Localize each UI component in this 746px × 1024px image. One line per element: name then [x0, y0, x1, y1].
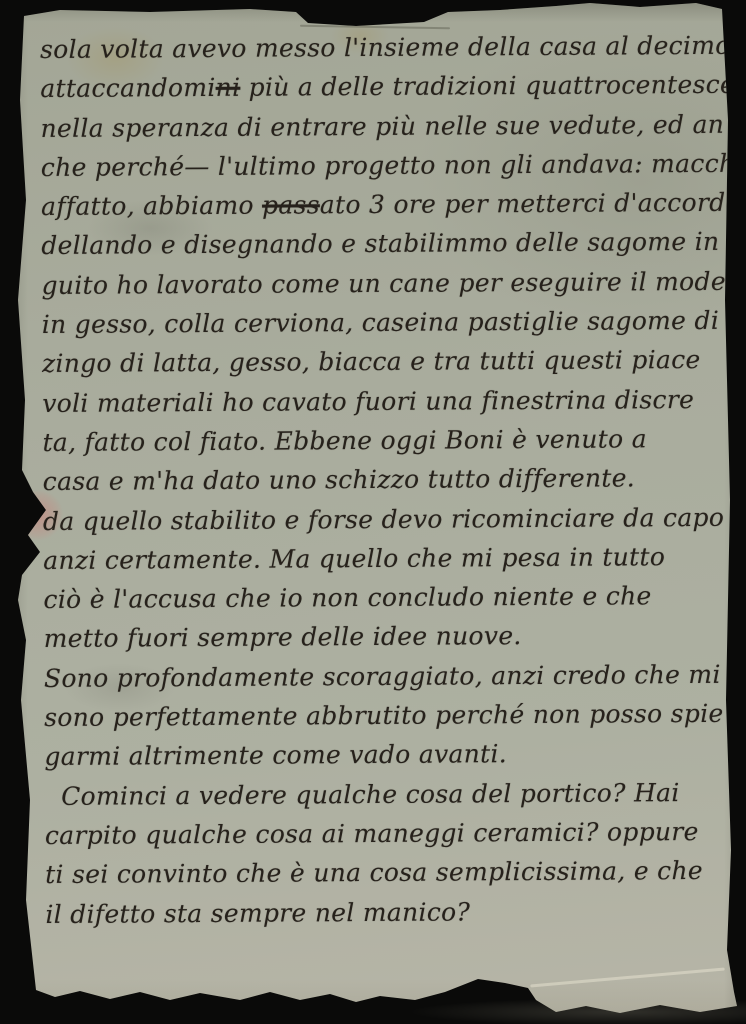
struck-text: ni: [216, 73, 241, 102]
paper-crease-bottom: [530, 968, 725, 988]
letter-line: sola volta avevo messo l'insieme della c…: [40, 26, 730, 70]
letter-text: casa e m'ha dato uno schizzo tutto diffe…: [43, 464, 635, 497]
letter-line: sono perfettamente abbrutito perché non …: [44, 694, 734, 738]
letter-line: ciò è l'accusa che io non concludo nient…: [43, 576, 733, 620]
letter-text: che perché— l'ultimo progetto non gli an…: [41, 149, 746, 182]
letter-text: Sono profondamente scoraggiato, anzi cre…: [44, 660, 721, 693]
letter-line: voli materiali ho cavato fuori una fines…: [42, 379, 732, 423]
letter-text: guito ho lavorato come un cane per esegu…: [41, 266, 746, 299]
letter-line: garmi altrimente come vado avanti.: [44, 733, 734, 777]
letter-line: attaccandomini più a delle tradizioni qu…: [40, 65, 730, 109]
letter-line: metto fuori sempre delle idee nuove.: [44, 615, 734, 659]
letter-lines: sola volta avevo messo l'insieme della c…: [40, 26, 736, 934]
letter-text: attaccandomi: [40, 73, 215, 103]
letter-line: dellando e disegnando e stabilimmo delle…: [41, 222, 731, 266]
letter-line: nella speranza di entrare più nelle sue …: [40, 104, 730, 148]
letter-text: carpito qualche cosa ai maneggi ceramici…: [45, 817, 699, 850]
letter-line: che perché— l'ultimo progetto non gli an…: [41, 144, 731, 188]
letter-text: ta, fatto col fiato. Ebbene oggi Boni è …: [42, 424, 647, 457]
letter-text: anzi certamente. Ma quello che mi pesa i…: [43, 542, 665, 575]
photo-background: sola volta avevo messo l'insieme della c…: [0, 0, 746, 1024]
letter-text: metto fuori sempre delle idee nuove.: [44, 622, 522, 654]
letter-line: casa e m'ha dato uno schizzo tutto diffe…: [43, 458, 733, 502]
letter-line: affatto, abbiamo passato 3 ore per mette…: [41, 183, 731, 227]
letter-line: carpito qualche cosa ai maneggi ceramici…: [45, 812, 735, 856]
letter-line: da quello stabilito e forse devo ricomin…: [43, 497, 733, 541]
letter-text: il difetto sta sempre nel manico?: [45, 897, 470, 929]
letter-text: sono perfettamente abbrutito perché non …: [44, 699, 724, 732]
letter-line: in gesso, colla cerviona, caseina pastig…: [42, 301, 732, 345]
letter-text: ato 3 ore per metterci d'accordo mo: [320, 188, 746, 220]
letter-text: dellando e disegnando e stabilimmo delle…: [41, 227, 746, 260]
letter-text: affatto, abbiamo: [41, 191, 262, 221]
letter-line: il difetto sta sempre nel manico?: [45, 890, 735, 934]
letter-text: ti sei convinto che è una cosa semplicis…: [45, 856, 703, 889]
struck-text: pass: [262, 190, 320, 219]
letter-text: garmi altrimente come vado avanti.: [44, 740, 507, 772]
letter-line: Cominci a vedere qualche cosa del portic…: [45, 772, 735, 816]
letter-line: anzi certamente. Ma quello che mi pesa i…: [43, 537, 733, 581]
letter-line: guito ho lavorato come un cane per esegu…: [41, 262, 731, 306]
letter-paper: sola volta avevo messo l'insieme della c…: [0, 0, 746, 1024]
letter-text: da quello stabilito e forse devo ricomin…: [43, 502, 724, 535]
letter-text: in gesso, colla cerviona, caseina pastig…: [42, 306, 719, 339]
letter-line: zingo di latta, gesso, biacca e tra tutt…: [42, 340, 732, 384]
letter-line: ta, fatto col fiato. Ebbene oggi Boni è …: [42, 419, 732, 463]
letter-text: più a delle tradizioni quattrocentesce: [240, 70, 735, 102]
letter-text: ciò è l'accusa che io non concludo nient…: [43, 581, 651, 614]
letter-line: Sono profondamente scoraggiato, anzi cre…: [44, 655, 734, 699]
letter-line: ti sei convinto che è una cosa semplicis…: [45, 851, 735, 895]
letter-text: nella speranza di entrare più nelle sue …: [41, 109, 725, 142]
letter-text: zingo di latta, gesso, biacca e tra tutt…: [42, 345, 701, 378]
letter-text: sola volta avevo messo l'insieme della c…: [40, 31, 731, 64]
letter-text: voli materiali ho cavato fuori una fines…: [42, 385, 694, 418]
letter-text: Cominci a vedere qualche cosa del portic…: [45, 778, 680, 811]
